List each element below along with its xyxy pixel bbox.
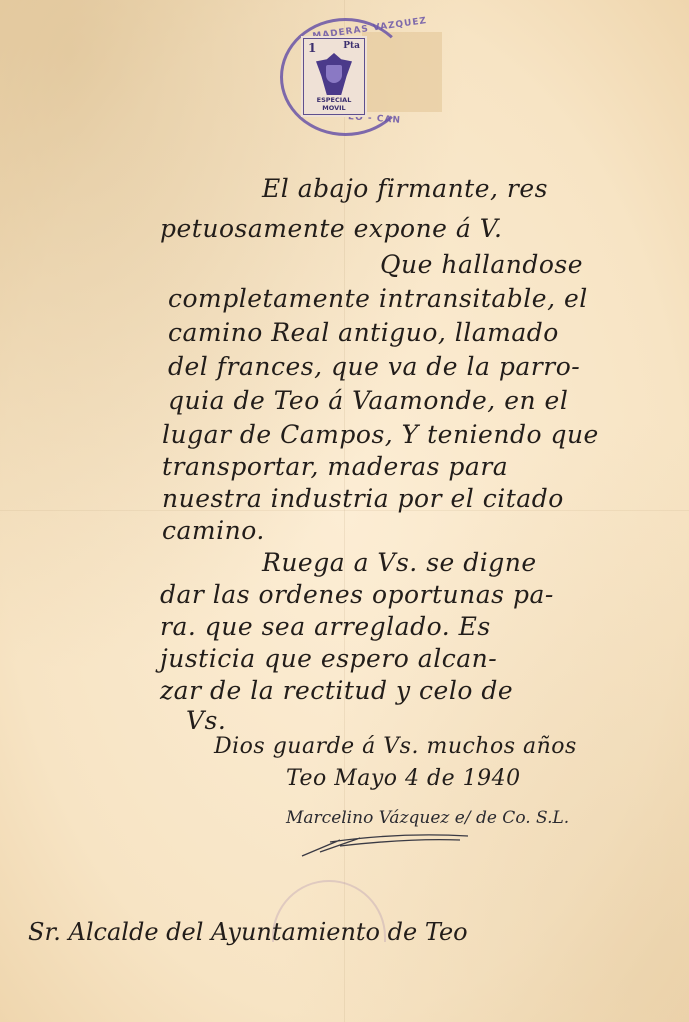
body-line: petuosamente expone á V. [160, 214, 502, 243]
stamp-label: ESPECIAL MOVIL [304, 96, 364, 112]
stamp-unit: Pta [343, 41, 360, 51]
revenue-stamp: 1 Pta ESPECIAL MOVIL [303, 38, 365, 115]
coat-of-arms-icon [326, 65, 342, 83]
place-date: Teo Mayo 4 de 1940 [286, 766, 521, 791]
body-line: camino. [162, 516, 265, 545]
body-line: zar de la rectitud y celo de [160, 676, 513, 705]
closing-salutation: Dios guarde á Vs. muchos años [214, 734, 577, 759]
body-line: del frances, que va de la parro- [168, 352, 580, 381]
stamp-denomination: 1 [308, 41, 316, 55]
document-page: MADERAS VAZQUEZ EO - CAN 1 Pta ESPECIAL … [0, 0, 689, 1022]
body-line: Vs. [186, 706, 226, 735]
body-line: dar las ordenes oportunas pa- [160, 580, 554, 609]
signature: Marcelino Vázquez e/ de Co. S.L. [286, 808, 569, 828]
body-line: Ruega a Vs. se digne [262, 548, 537, 577]
body-line: completamente intransitable, el [168, 284, 588, 313]
body-line: justicia que espero alcan- [160, 644, 497, 673]
body-line: quia de Teo á Vaamonde, en el [168, 386, 568, 415]
body-line: camino Real antiguo, llamado [168, 318, 559, 347]
addressee: Sr. Alcalde del Ayuntamiento de Teo [28, 918, 468, 946]
body-line: ra. que sea arreglado. Es [160, 612, 491, 641]
body-line: nuestra industria por el citado [162, 484, 564, 513]
body-line: Que hallandose [380, 250, 583, 279]
signature-flourish-icon [300, 828, 470, 858]
body-line: lugar de Campos, Y teniendo que [162, 420, 599, 449]
body-line: transportar, maderas para [162, 452, 508, 481]
body-line: El abajo firmante, res [262, 174, 548, 203]
